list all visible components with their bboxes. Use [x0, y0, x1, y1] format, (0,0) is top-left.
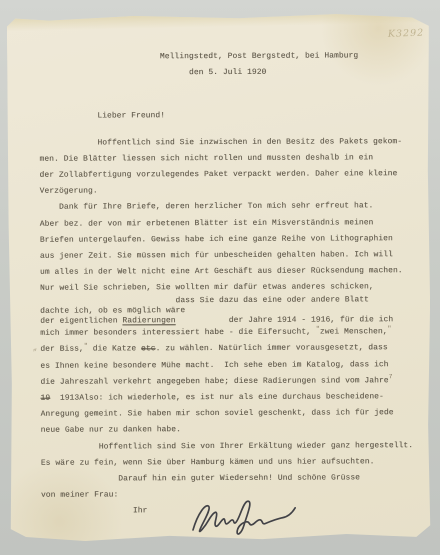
letter-line: neue Gabe nur zu danken habe. — [41, 421, 415, 439]
letter-line: die Jahreszahl verkehrt angegeben habe; … — [40, 373, 414, 391]
letter-paper: K3292 „ Mellingstedt, Post Bergstedt, be… — [7, 12, 431, 543]
letter-line: Aber bez. der von mir erbetenen Blätter … — [40, 215, 414, 233]
letter-line: Nur weil Sie schrieben, Sie wollten mir … — [40, 279, 414, 297]
letter-line: Es wäre zu fein, wenn Sie über Hamburg k… — [41, 454, 415, 472]
letter-line: um alles in der Welt nicht eine Art Gesc… — [40, 263, 414, 281]
salutation: Lieber Freund! — [39, 108, 413, 126]
letter-line: Anregung gemeint. Sie haben mir schon so… — [41, 405, 415, 423]
letter-line: Verzögerung. — [40, 182, 414, 200]
letter-line: mich immer besonders interessiert habe -… — [40, 324, 414, 342]
letter-line: der Zollabfertigung vorzulegendes Paket … — [40, 166, 414, 184]
letter-line: Hoffentlich sind Sie von Ihrer Erkältung… — [41, 438, 415, 456]
signature — [187, 497, 305, 542]
letter-line: men. Die Blätter liessen sich nicht roll… — [39, 150, 413, 168]
letter-line: 19 1913Also: ich wiederhole, es ist nur … — [40, 389, 414, 407]
letter-line: dass Sie dazu das eine oder andere Blatt — [40, 296, 414, 307]
signature-stroke — [187, 497, 305, 542]
letter-line: aus jener Zeit. Sie müssen mich für unbe… — [40, 247, 414, 265]
letter-line: es Ihnen keine besondere Mühe macht. Ich… — [40, 357, 414, 375]
margin-mark: „ — [31, 343, 38, 353]
place-line: Mellingstedt, Post Bergstedt, bei Hambur… — [39, 48, 413, 66]
letter-text: Mellingstedt, Post Bergstedt, bei Hambur… — [39, 12, 415, 520]
letter-line: der Biss," die Katze etc. zu wählen. Nat… — [40, 341, 414, 359]
letterhead: Mellingstedt, Post Bergstedt, bei Hambur… — [39, 12, 413, 82]
letter-line: Briefen untergelaufen. Gewiss habe ich e… — [40, 231, 414, 249]
letter-body: Hoffentlich sind Sie inzwischen in den B… — [39, 134, 415, 521]
letter-line: Darauf hin ein guter Wiedersehn! Und sch… — [41, 470, 415, 488]
date-line: den 5. Juli 1920 — [39, 64, 413, 82]
letter-line: Hoffentlich sind Sie inzwischen in den B… — [39, 134, 413, 152]
letter-line: Dank für Ihre Briefe, deren herzlicher T… — [40, 198, 414, 216]
